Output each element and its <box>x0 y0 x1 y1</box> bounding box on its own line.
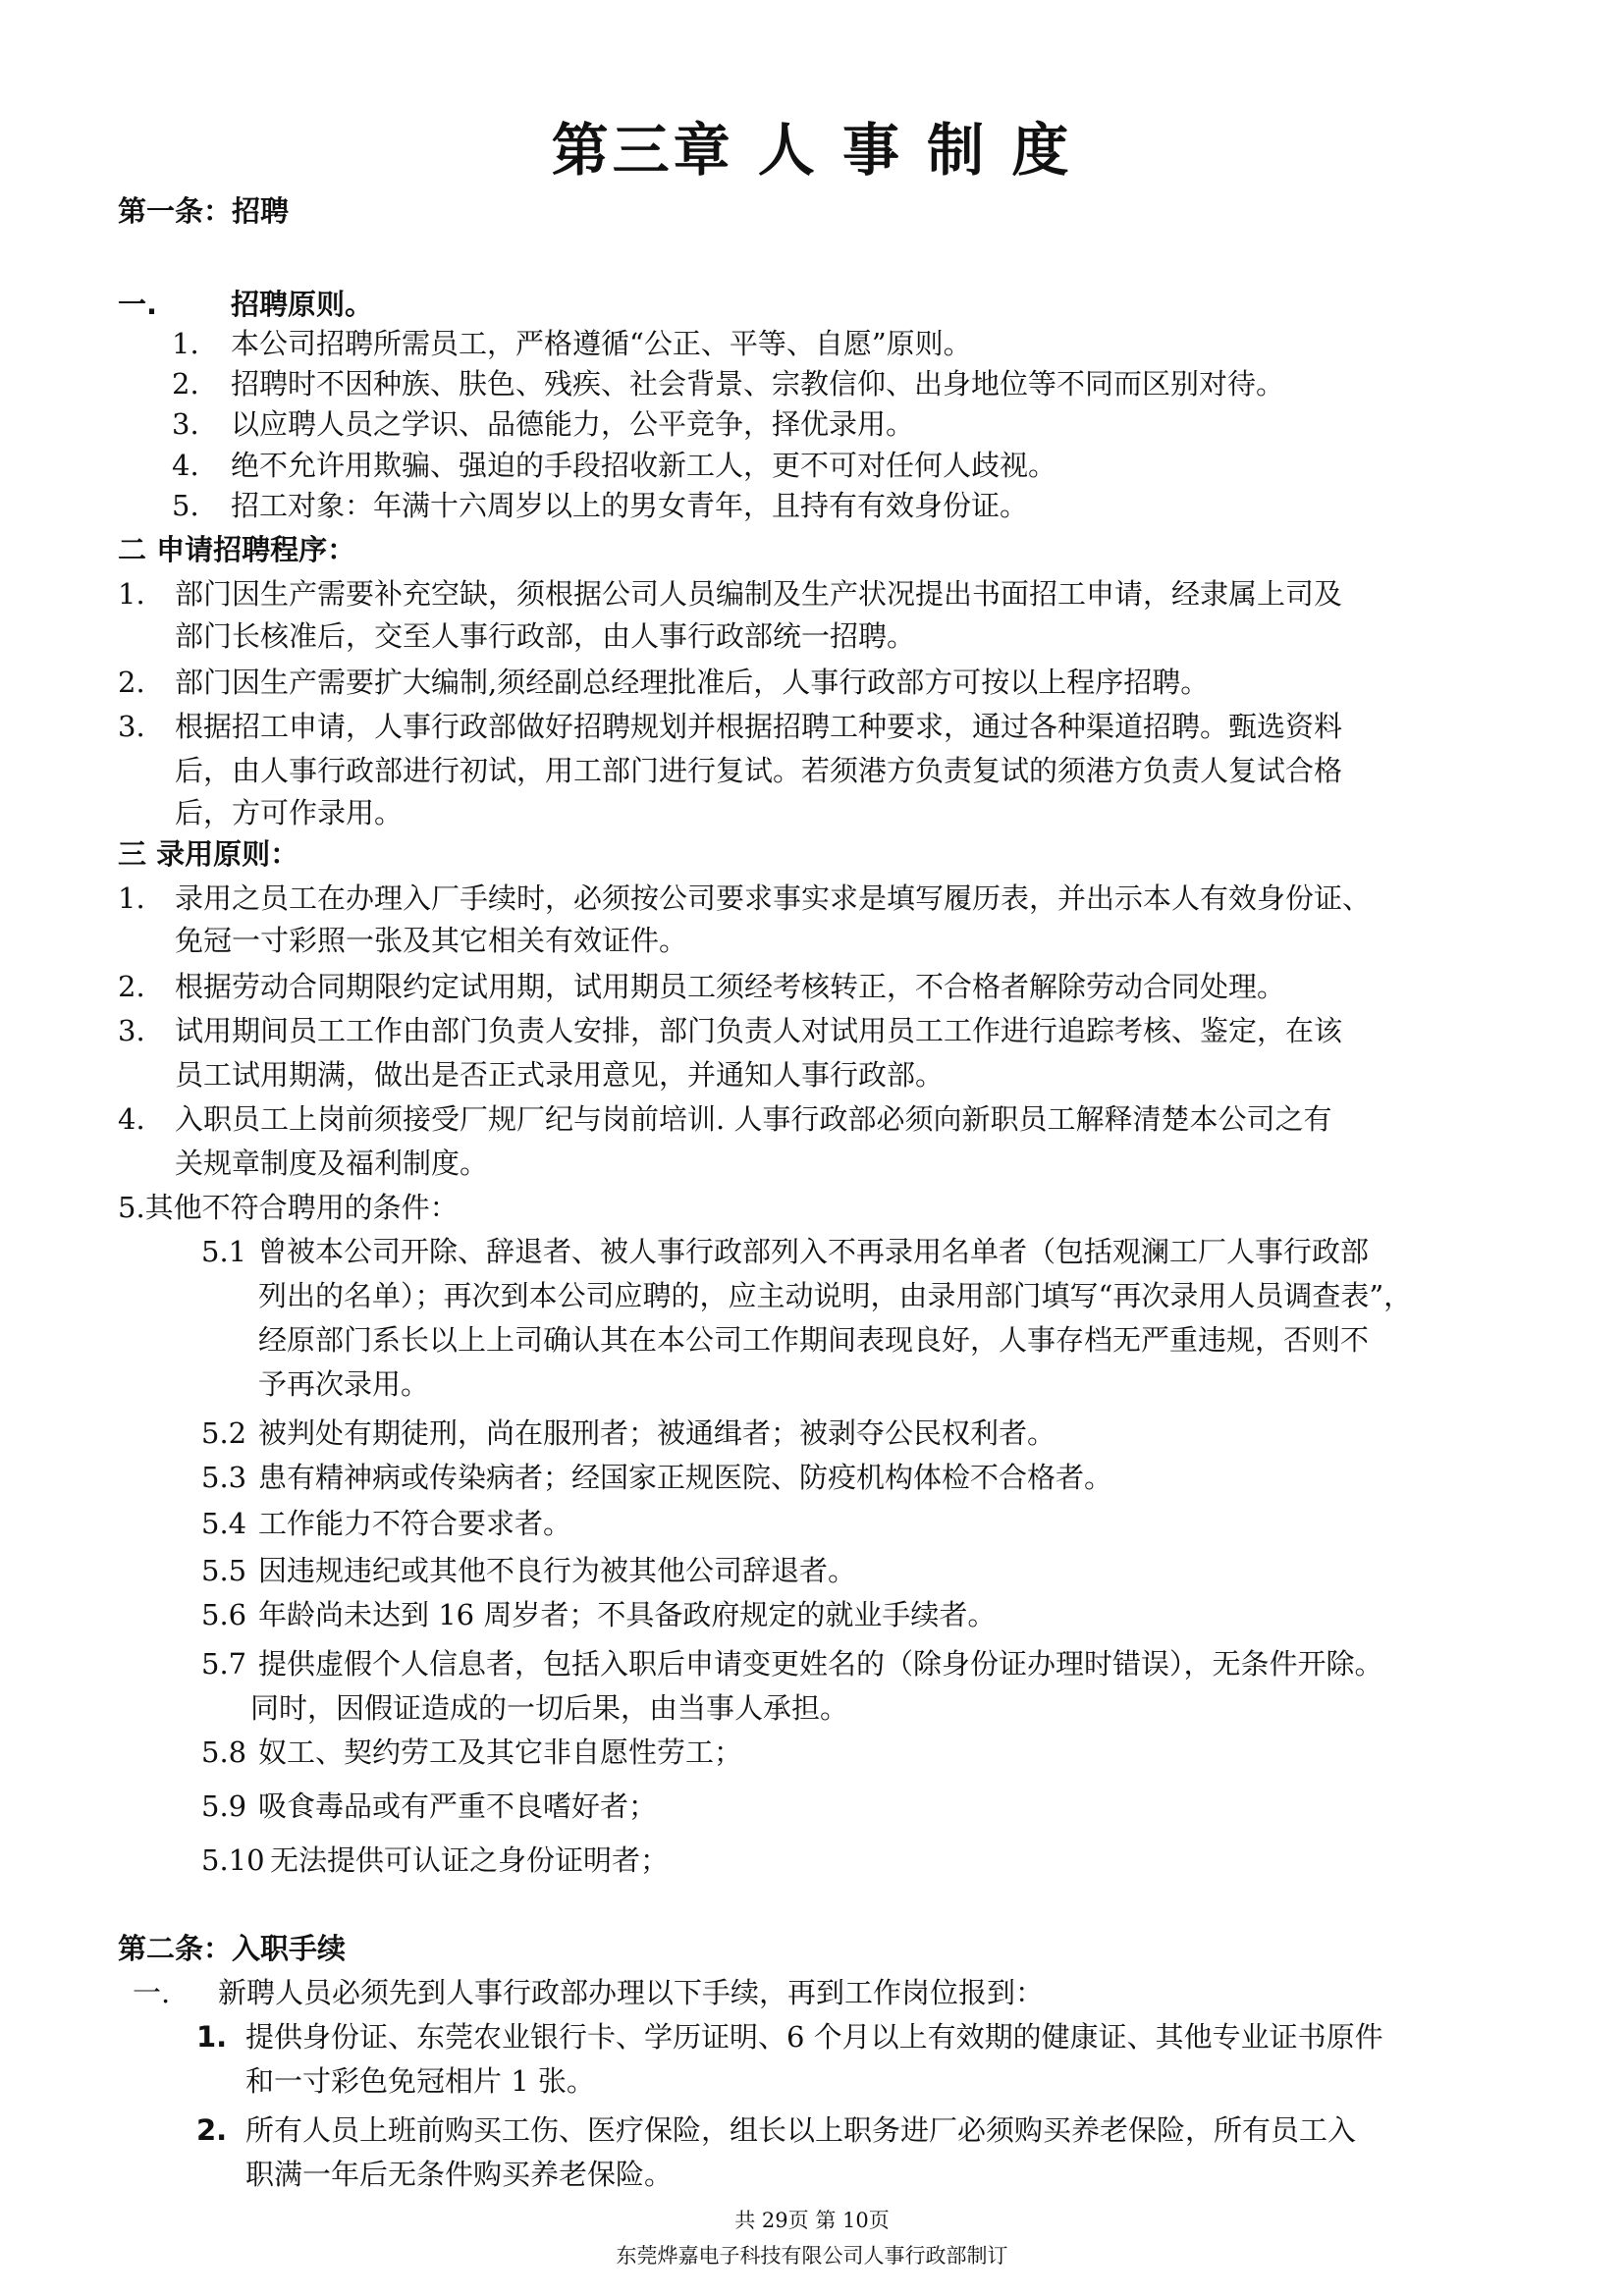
issuer-text: 东莞烨嘉电子科技有限公司人事行政部制订 <box>0 2242 1624 2269</box>
sub-item-continuation: 予再次录用。 <box>258 1364 429 1404</box>
list-item-continuation: 和一寸彩色免冠相片 1 张。 <box>245 2061 595 2101</box>
sub-list-heading: 5.其他不符合聘用的条件： <box>118 1188 459 1227</box>
list-item-number: 3. <box>118 1011 145 1050</box>
sub-item-number: 5.5 <box>201 1551 246 1590</box>
list-item-continuation: 职满一年后无条件购买养老保险。 <box>245 2155 673 2194</box>
sub-item: 工作能力不符合要求者。 <box>258 1504 571 1543</box>
sub-item-number: 5.3 <box>201 1458 246 1497</box>
list-item: 以应聘人员之学识、品德能力，公平竞争，择优录用。 <box>231 404 914 444</box>
list-item: 部门因生产需要扩大编制,须经副总经理批准后，人事行政部方可按以上程序招聘。 <box>175 663 1209 702</box>
sub-item-continuation: 经原部门系长以上上司确认其在本公司工作期间表现良好，人事存档无严重违规，否则不 <box>258 1320 1369 1360</box>
sub-item: 因违规违纪或其他不良行为被其他公司辞退者。 <box>258 1551 856 1590</box>
list-item-continuation: 免冠一寸彩照一张及其它相关有效证件。 <box>175 921 687 960</box>
list-item-continuation: 后，方可作录用。 <box>175 793 403 832</box>
list-item-continuation: 后，由人事行政部进行初试，用工部门进行复试。若须港方负责复试的须港方负责人复试合… <box>175 751 1342 790</box>
list-item-number: 2. <box>118 663 145 702</box>
sub-item: 曾被本公司开除、辞退者、被人事行政部列入不再录用名单者（包括观澜工厂人事行政部 <box>258 1232 1369 1271</box>
section-heading: 招聘原则。 <box>231 285 373 324</box>
sub-item-number: 5.4 <box>201 1504 246 1543</box>
list-item: 招聘时不因种族、肤色、残疾、社会背景、宗教信仰、出身地位等不同而区别对待。 <box>231 364 1284 403</box>
sub-item-number: 5.2 <box>201 1414 246 1453</box>
list-item-continuation: 员工试用期满，做出是否正式录用意见，并通知人事行政部。 <box>175 1055 944 1095</box>
list-item-number: 2. <box>196 2110 227 2150</box>
list-item: 试用期间员工工作由部门负责人安排，部门负责人对试用员工工作进行追踪考核、鉴定，在… <box>175 1011 1342 1050</box>
list-item: 绝不允许用欺骗、强迫的手段招收新工人，更不可对任何人歧视。 <box>231 446 1056 485</box>
sub-item: 被判处有期徒刑，尚在服刑者；被通缉者；被剥夺公民权利者。 <box>258 1414 1056 1453</box>
list-item-number: 4. <box>172 446 199 485</box>
list-item-number: 3. <box>172 404 199 444</box>
sub-item-number: 5.1 <box>201 1232 246 1271</box>
article-heading: 第二条：入职手续 <box>118 1929 346 1968</box>
page-title: 第三章 人 事 制 度 <box>0 116 1624 185</box>
list-item: 招工对象：年满十六周岁以上的男女青年，且持有有效身份证。 <box>231 486 1028 525</box>
sub-item-number: 5.8 <box>201 1733 246 1772</box>
list-item: 本公司招聘所需员工，严格遵循“公正、平等、自愿”原则。 <box>231 324 972 363</box>
section-heading: 二 申请招聘程序： <box>118 530 355 569</box>
list-item: 提供身份证、东莞农业银行卡、学历证明、6 个月以上有效期的健康证、其他专业证书原… <box>245 2017 1383 2056</box>
list-item-number: 4. <box>118 1099 145 1139</box>
list-item-number: 1. <box>172 324 199 363</box>
list-item-number: 5. <box>172 486 199 525</box>
sub-item-number: 5.7 <box>201 1644 246 1683</box>
sub-item-continuation: 列出的名单）；再次到本公司应聘的，应主动说明，由录用部门填写“再次录用人员调查表… <box>258 1276 1412 1315</box>
list-item-number: 3. <box>118 707 145 746</box>
list-item: 根据招工申请，人事行政部做好招聘规划并根据招聘工种要求，通过各种渠道招聘。甄选资… <box>175 707 1342 746</box>
list-item: 根据劳动合同期限约定试用期，试用期员工须经考核转正，不合格者解除劳动合同处理。 <box>175 967 1285 1006</box>
list-item-continuation: 关规章制度及福利制度。 <box>175 1144 488 1183</box>
list-item-number: 1. <box>118 574 145 614</box>
list-item: 录用之员工在办理入厂手续时，必须按公司要求事实求是填写履历表，并出示本人有效身份… <box>175 879 1371 918</box>
list-item-continuation: 部门长核准后，交至人事行政部，由人事行政部统一招聘。 <box>175 616 915 656</box>
list-item-number: 1. <box>196 2017 227 2056</box>
section-number: 一. <box>118 285 157 324</box>
sub-item: 吸食毒品或有严重不良嗜好者； <box>258 1787 657 1826</box>
article-heading: 第一条：招聘 <box>118 191 289 231</box>
page-number: 共 29页 第 10页 <box>0 2207 1624 2234</box>
sub-item: 奴工、契约劳工及其它非自愿性劳工； <box>258 1733 742 1772</box>
sub-item: 年龄尚未达到 16 周岁者；不具备政府规定的就业手续者。 <box>258 1595 996 1634</box>
sub-item-number: 5.10 <box>201 1841 265 1880</box>
section-text: 新聘人员必须先到人事行政部办理以下手续，再到工作岗位报到： <box>218 1973 1044 2012</box>
sub-item: 患有精神病或传染病者；经国家正规医院、防疫机构体检不合格者。 <box>258 1458 1112 1497</box>
sub-item-number: 5.9 <box>201 1787 246 1826</box>
sub-item-continuation: 同时，因假证造成的一切后果，由当事人承担。 <box>250 1688 848 1728</box>
list-item-number: 1. <box>118 879 145 918</box>
sub-item: 提供虚假个人信息者，包括入职后申请变更姓名的（除身份证办理时错误），无条件开除。 <box>258 1644 1383 1683</box>
list-item-number: 2. <box>172 364 199 403</box>
list-item: 所有人员上班前购买工伤、医疗保险，组长以上职务进厂必须购买养老保险，所有员工入 <box>245 2110 1356 2150</box>
sub-item: 无法提供可认证之身份证明者； <box>270 1841 669 1880</box>
section-heading: 三 录用原则： <box>118 834 298 874</box>
section-number: 一. <box>133 1973 170 2012</box>
list-item: 部门因生产需要补充空缺，须根据公司人员编制及生产状况提出书面招工申请，经隶属上司… <box>175 574 1342 614</box>
list-item-number: 2. <box>118 967 145 1006</box>
sub-item-number: 5.6 <box>201 1595 246 1634</box>
list-item: 入职员工上岗前须接受厂规厂纪与岗前培训. 人事行政部必须向新职员工解释清楚本公司… <box>175 1099 1331 1139</box>
